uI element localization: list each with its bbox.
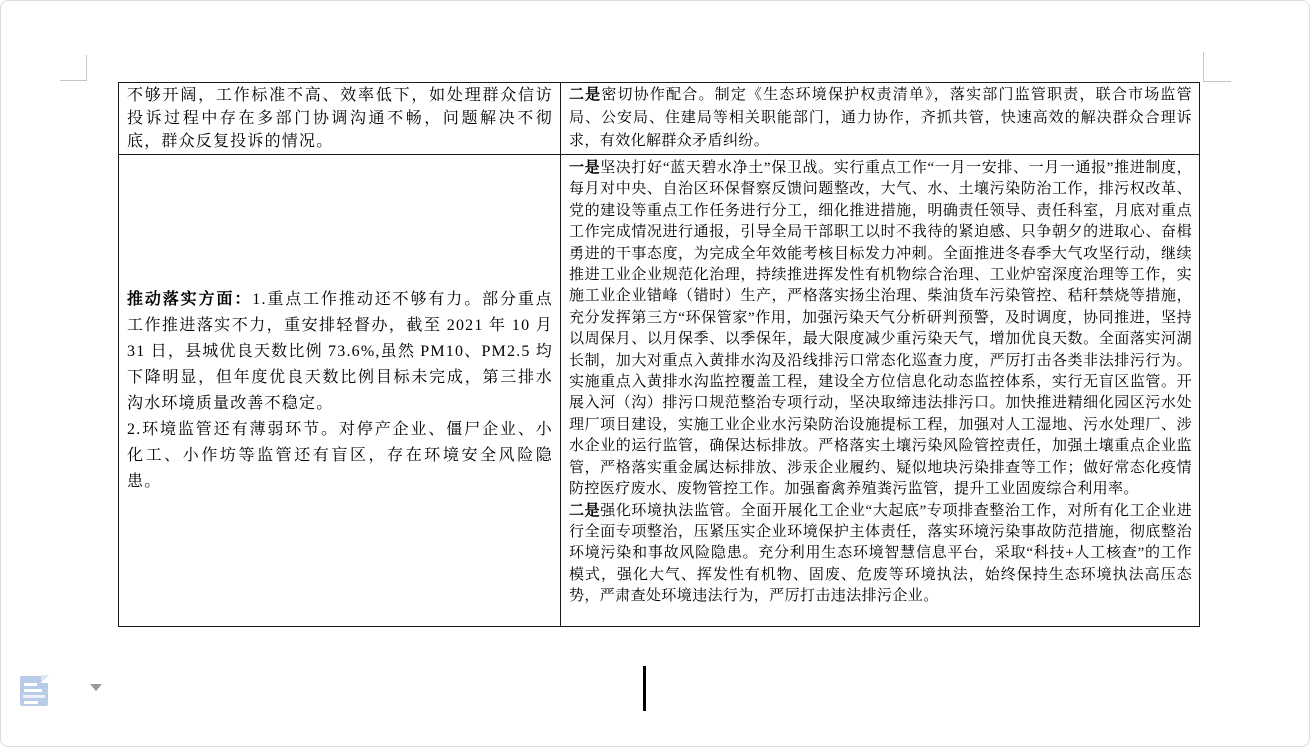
cell-text: 坚决打好“蓝天碧水净土”保卫战。实行重点工作“一月一安排、一月一通报”推进制度，… [569,160,1192,497]
cell-text: 不够开阔，工作标准不高、效率低下，如处理群众信访投诉过程中存在多部门协调沟通不畅… [127,87,553,150]
cell-text: 1.重点工作推动还不够有力。部分重点工作推进落实不力，重安排轻督办，截至 202… [127,291,553,412]
paste-options-button[interactable] [14,672,110,710]
cell-row2-right[interactable]: 一是坚决打好“蓝天碧水净土”保卫战。实行重点工作“一月一安排、一月一通报”推进制… [561,155,1200,627]
cell-text: 2.环境监管还有薄弱环节。对停产企业、僵尸企业、小化工、小作坊等监管还有盲区，存… [127,421,553,490]
lead-text: 二是 [569,87,601,103]
margin-mark-top-right [1203,81,1231,82]
cell-text: 密切协作配合。制定《生态环境保护权责清单》，落实部门监管职责，联合市场监管局、公… [569,87,1192,149]
table-row: 推动落实方面：1.重点工作推动还不够有力。部分重点工作推进落实不力，重安排轻督办… [119,155,1200,627]
chevron-down-icon [90,684,102,691]
cell-row1-left[interactable]: 不够开阔，工作标准不高、效率低下，如处理群众信访投诉过程中存在多部门协调沟通不畅… [119,83,561,155]
document-page: { "table": { "row1": { "left_text": "不够开… [0,0,1310,747]
doc-line [24,689,42,692]
lead-text: 一是 [569,160,600,176]
paragraph: 二是密切协作配合。制定《生态环境保护权责清单》，落实部门监管职责，联合市场监管局… [569,84,1192,153]
paragraph: 2.环境监管还有薄弱环节。对停产企业、僵尸企业、小化工、小作坊等监管还有盲区，存… [127,417,553,495]
margin-mark-top-left [60,80,87,81]
lead-text: 二是 [569,503,600,519]
doc-line [23,695,45,698]
doc-line [24,683,37,686]
cell-text: 强化环境执法监管。全面开展化工企业“大起底”专项排查整治工作，对所有化工企业进行… [569,503,1192,605]
table-row: 不够开阔，工作标准不高、效率低下，如处理群众信访投诉过程中存在多部门协调沟通不畅… [119,83,1200,155]
text-cursor [643,666,646,711]
document-table: 不够开阔，工作标准不高、效率低下，如处理群众信访投诉过程中存在多部门协调沟通不畅… [118,82,1200,627]
paste-options-icon [20,676,48,706]
paragraph: 一是坚决打好“蓝天碧水净土”保卫战。实行重点工作“一月一安排、一月一通报”推进制… [569,158,1192,501]
cell-row1-right[interactable]: 二是密切协作配合。制定《生态环境保护权责清单》，落实部门监管职责，联合市场监管局… [561,83,1200,155]
margin-mark-top-left [86,55,87,81]
paragraph: 二是强化环境执法监管。全面开展化工企业“大起底”专项排查整治工作，对所有化工企业… [569,501,1192,608]
paragraph: 不够开阔，工作标准不高、效率低下，如处理群众信访投诉过程中存在多部门协调沟通不畅… [127,84,553,153]
lead-text: 推动落实方面： [127,291,252,308]
cell-row2-left[interactable]: 推动落实方面：1.重点工作推动还不够有力。部分重点工作推进落实不力，重安排轻督办… [119,155,561,627]
doc-line [24,701,38,704]
paragraph: 推动落实方面：1.重点工作推动还不够有力。部分重点工作推进落实不力，重安排轻督办… [127,287,553,417]
page-fold [41,675,49,683]
margin-mark-top-right [1203,52,1204,82]
